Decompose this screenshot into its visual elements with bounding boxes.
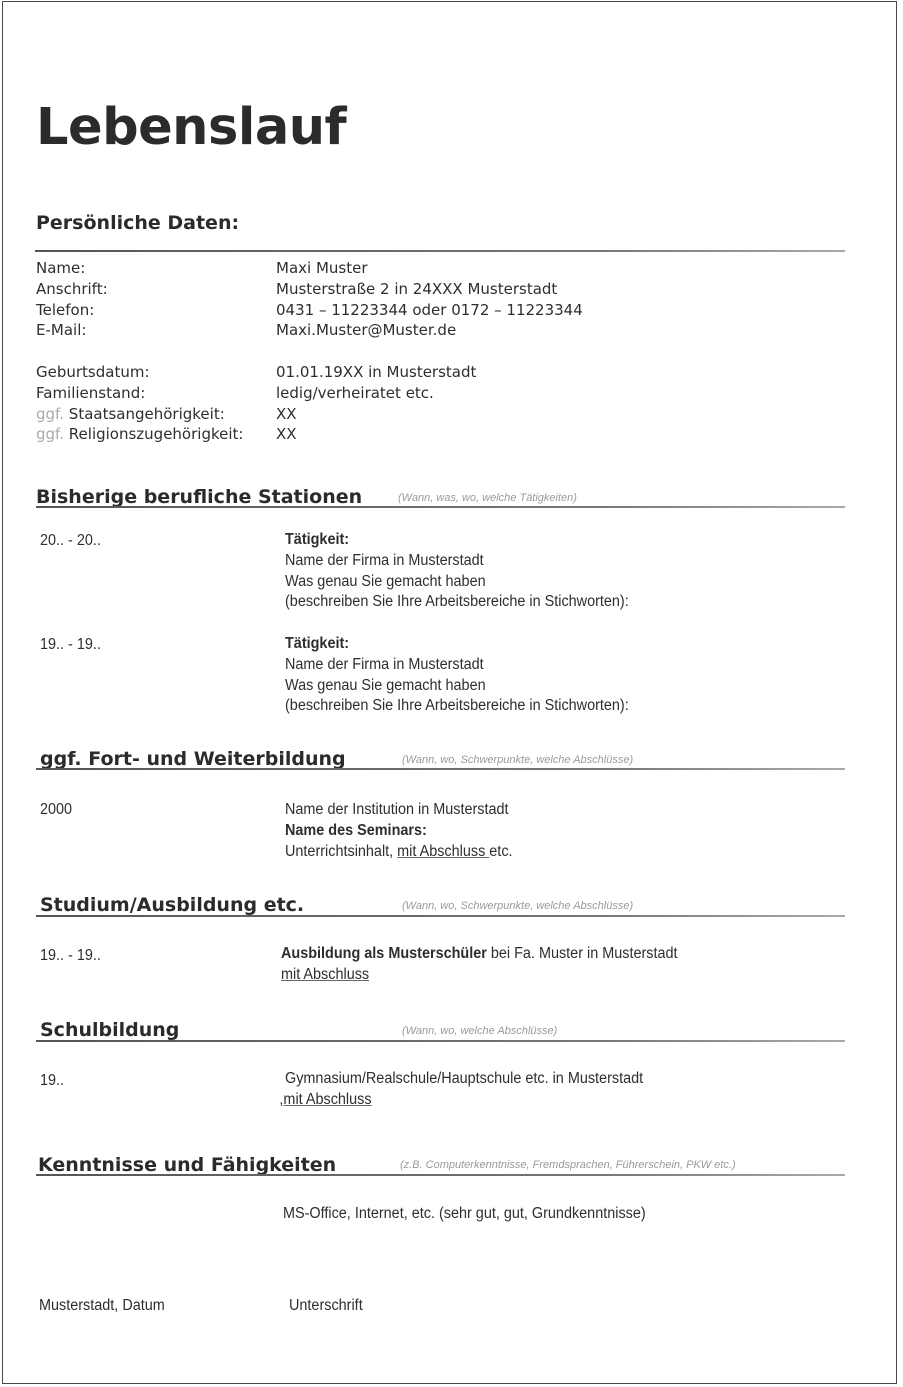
section-heading-career: Bisherige berufliche Stationen [36, 486, 362, 508]
section-hint-studies: (Wann, wo, Schwerpunkte, welche Abschlüs… [402, 900, 633, 912]
training-seminar: Name des Seminars: [285, 821, 513, 842]
studies-abschluss: mit Abschluss [281, 965, 678, 986]
section-hint-training: (Wann, wo, Schwerpunkte, welche Abschlüs… [402, 754, 633, 766]
skills-text: MS-Office, Internet, etc. (sehr gut, gut… [283, 1205, 646, 1223]
section-heading-skills: Kenntnisse und Fähigkeiten [38, 1154, 336, 1176]
studies-detail: bei Fa. Muster in Musterstadt [487, 945, 678, 962]
optional-prefix: ggf. [36, 425, 64, 443]
section-heading-school: Schulbildung [40, 1019, 179, 1041]
career-role: Tätigkeit: [285, 530, 629, 551]
career-entry-2: Tätigkeit: Name der Firma in Musterstadt… [285, 634, 629, 717]
studies-title: Ausbildung als Musterschüler [281, 945, 487, 962]
training-institution: Name der Institution in Musterstadt [285, 800, 513, 821]
personal-labels: Name: Anschrift: Telefon: E-Mail: [36, 258, 108, 341]
section-divider [36, 506, 845, 508]
label-religion: ggf. Religionszugehörigkeit: [36, 424, 243, 445]
value-name: Maxi Muster [276, 258, 583, 279]
section-heading-studies: Studium/Ausbildung etc. [40, 894, 304, 916]
personal-labels-2: Geburtsdatum: Familienstand: ggf. Staats… [36, 362, 243, 445]
value-nationality: XX [276, 404, 476, 425]
training-year: 2000 [40, 801, 72, 819]
value-religion: XX [276, 424, 476, 445]
studies-entry: Ausbildung als Musterschüler bei Fa. Mus… [281, 944, 678, 986]
label-phone: Telefon: [36, 300, 108, 321]
label-email: E-Mail: [36, 320, 108, 341]
personal-values: Maxi Muster Musterstraße 2 in 24XXX Must… [276, 258, 583, 341]
optional-prefix: ggf. [36, 405, 64, 423]
career-period-1: 20.. - 20.. [40, 532, 101, 550]
school-entry: Gymnasium/Realschule/Hauptschule etc. in… [285, 1069, 643, 1111]
studies-period: 19.. - 19.. [40, 947, 101, 965]
value-address: Musterstraße 2 in 24XXX Musterstadt [276, 279, 583, 300]
value-phone: 0431 – 11223344 oder 0172 – 11223344 [276, 300, 583, 321]
school-text: Gymnasium/Realschule/Hauptschule etc. in… [285, 1069, 643, 1090]
career-describe: (beschreiben Sie Ihre Arbeitsbereiche in… [285, 592, 629, 613]
label-address: Anschrift: [36, 279, 108, 300]
document-title: Lebenslauf [36, 98, 346, 157]
career-describe: (beschreiben Sie Ihre Arbeitsbereiche in… [285, 696, 629, 717]
career-role: Tätigkeit: [285, 634, 629, 655]
value-marital-status: ledig/verheiratet etc. [276, 383, 476, 404]
personal-values-2: 01.01.19XX in Musterstadt ledig/verheira… [276, 362, 476, 445]
school-year: 19.. [40, 1072, 64, 1090]
value-birthdate: 01.01.19XX in Musterstadt [276, 362, 476, 383]
section-divider [35, 250, 845, 252]
section-heading-personal: Persönliche Daten: [36, 212, 239, 234]
section-divider [36, 1174, 845, 1176]
career-what: Was genau Sie gemacht haben [285, 676, 629, 697]
label-birthdate: Geburtsdatum: [36, 362, 243, 383]
section-hint-career: (Wann, was, wo, welche Tätigkeiten) [398, 492, 577, 504]
school-abschluss: mit Abschluss [283, 1091, 371, 1108]
section-hint-school: (Wann, wo, welche Abschlüsse) [402, 1025, 557, 1037]
training-content: Unterrichtsinhalt, mit Abschluss etc. [285, 842, 513, 863]
career-company: Name der Firma in Musterstadt [285, 655, 629, 676]
place-date: Musterstadt, Datum [39, 1297, 165, 1315]
section-divider [36, 1040, 845, 1042]
label-nationality: ggf. Staatsangehörigkeit: [36, 404, 243, 425]
value-email: Maxi.Muster@Muster.de [276, 320, 583, 341]
training-entry: Name der Institution in Musterstadt Name… [285, 800, 513, 862]
abschluss-link: mit Abschluss [397, 843, 489, 860]
career-company: Name der Firma in Musterstadt [285, 551, 629, 572]
section-divider [36, 915, 845, 917]
label-marital-status: Familienstand: [36, 383, 243, 404]
section-heading-training: ggf. Fort- und Weiterbildung [40, 748, 346, 770]
career-entry-1: Tätigkeit: Name der Firma in Musterstadt… [285, 530, 629, 613]
signature-label: Unterschrift [289, 1297, 363, 1315]
section-divider [36, 768, 845, 770]
section-hint-skills: (z.B. Computerkenntnisse, Fremdsprachen,… [400, 1159, 736, 1171]
career-what: Was genau Sie gemacht haben [285, 572, 629, 593]
label-name: Name: [36, 258, 108, 279]
career-period-2: 19.. - 19.. [40, 636, 101, 654]
